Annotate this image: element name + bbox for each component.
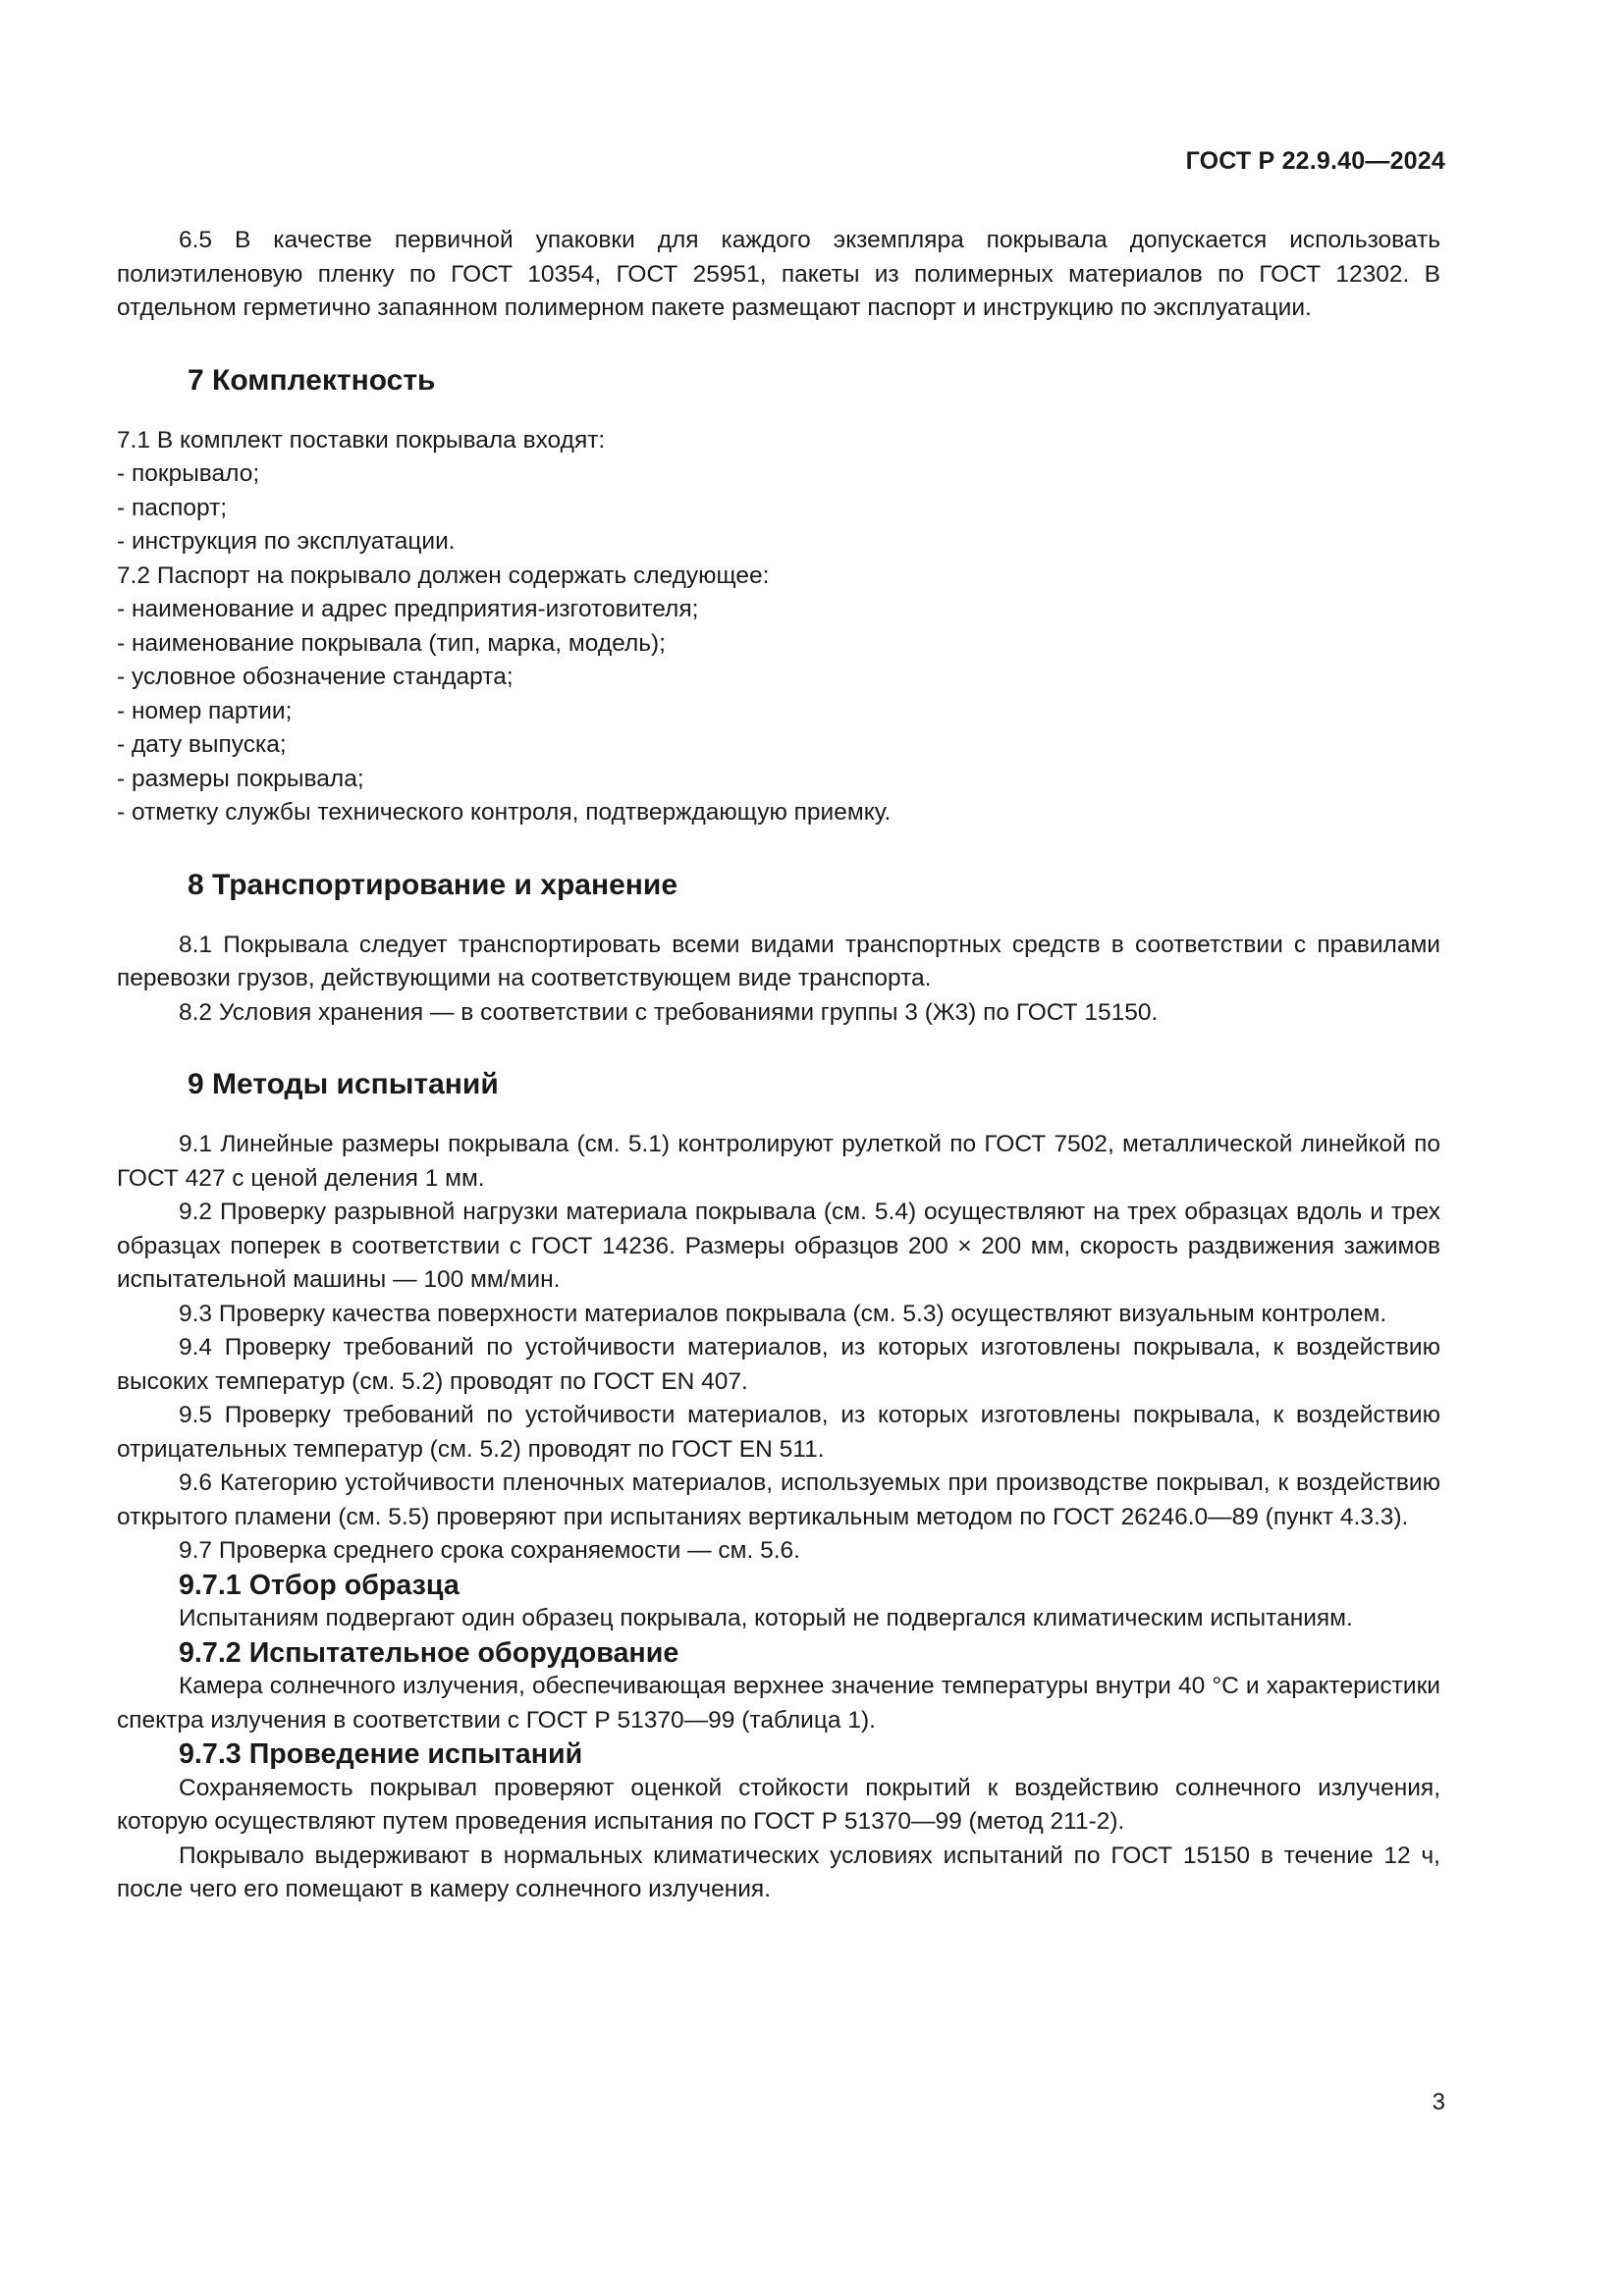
list-7-2: - наименование и адрес предприятия-изгот…	[117, 593, 1440, 830]
list-item: - инструкция по эксплуатации.	[117, 525, 1440, 560]
page-number: 3	[1433, 2089, 1445, 2116]
paragraph-9-6: 9.6 Категорию устойчивости пленочных мат…	[117, 1467, 1440, 1534]
paragraph-8-1: 8.1 Покрывала следует транспортировать в…	[117, 929, 1440, 996]
section-7-title: 7 Комплектность	[117, 361, 1440, 400]
document-header-id: ГОСТ Р 22.9.40—2024	[1186, 147, 1445, 176]
paragraph-6-5: 6.5 В качестве первичной упаковки для ка…	[117, 224, 1440, 326]
list-item: - паспорт;	[117, 492, 1440, 526]
paragraph-9-5: 9.5 Проверку требований по устойчивости …	[117, 1399, 1440, 1467]
list-item: - номер партии;	[117, 695, 1440, 729]
paragraph-9-7-3-a: Сохраняемость покрывал проверяют оценкой…	[117, 1772, 1440, 1840]
paragraph-9-4: 9.4 Проверку требований по устойчивости …	[117, 1331, 1440, 1399]
list-item: - покрывало;	[117, 457, 1440, 492]
paragraph-7-1: 7.1 В комплект поставки покрывала входят…	[117, 424, 1440, 458]
list-item: - дату выпуска;	[117, 728, 1440, 763]
subsection-9-7-1-title: 9.7.1 Отбор образца	[117, 1569, 1440, 1603]
paragraph-7-2: 7.2 Паспорт на покрывало должен содержат…	[117, 560, 1440, 594]
section-8-title: 8 Транспортирование и хранение	[117, 866, 1440, 905]
list-item: - размеры покрывала;	[117, 763, 1440, 797]
paragraph-9-1: 9.1 Линейные размеры покрывала (см. 5.1)…	[117, 1128, 1440, 1196]
list-7-1: - покрывало; - паспорт; - инструкция по …	[117, 457, 1440, 560]
subsection-9-7-2-title: 9.7.2 Испытательное оборудование	[117, 1636, 1440, 1671]
list-item: - условное обозначение стандарта;	[117, 661, 1440, 695]
subsection-9-7-3-title: 9.7.3 Проведение испытаний	[117, 1737, 1440, 1772]
list-item: - наименование покрывала (тип, марка, мо…	[117, 627, 1440, 662]
list-item: - отметку службы технического контроля, …	[117, 796, 1440, 830]
paragraph-9-7-1: Испытаниям подвергают один образец покры…	[117, 1602, 1440, 1636]
paragraph-9-7-3-b: Покрывало выдерживают в нормальных клима…	[117, 1840, 1440, 1907]
paragraph-9-7: 9.7 Проверка среднего срока сохраняемост…	[117, 1534, 1440, 1569]
paragraph-9-3: 9.3 Проверку качества поверхности матери…	[117, 1298, 1440, 1332]
paragraph-8-2: 8.2 Условия хранения — в соответствии с …	[117, 996, 1440, 1031]
list-item: - наименование и адрес предприятия-изгот…	[117, 593, 1440, 627]
paragraph-9-2: 9.2 Проверку разрывной нагрузки материал…	[117, 1196, 1440, 1298]
section-9-title: 9 Методы испытаний	[117, 1065, 1440, 1104]
paragraph-9-7-2: Камера солнечного излучения, обеспечиваю…	[117, 1670, 1440, 1737]
page-content: 6.5 В качестве первичной упаковки для ка…	[117, 224, 1440, 1907]
